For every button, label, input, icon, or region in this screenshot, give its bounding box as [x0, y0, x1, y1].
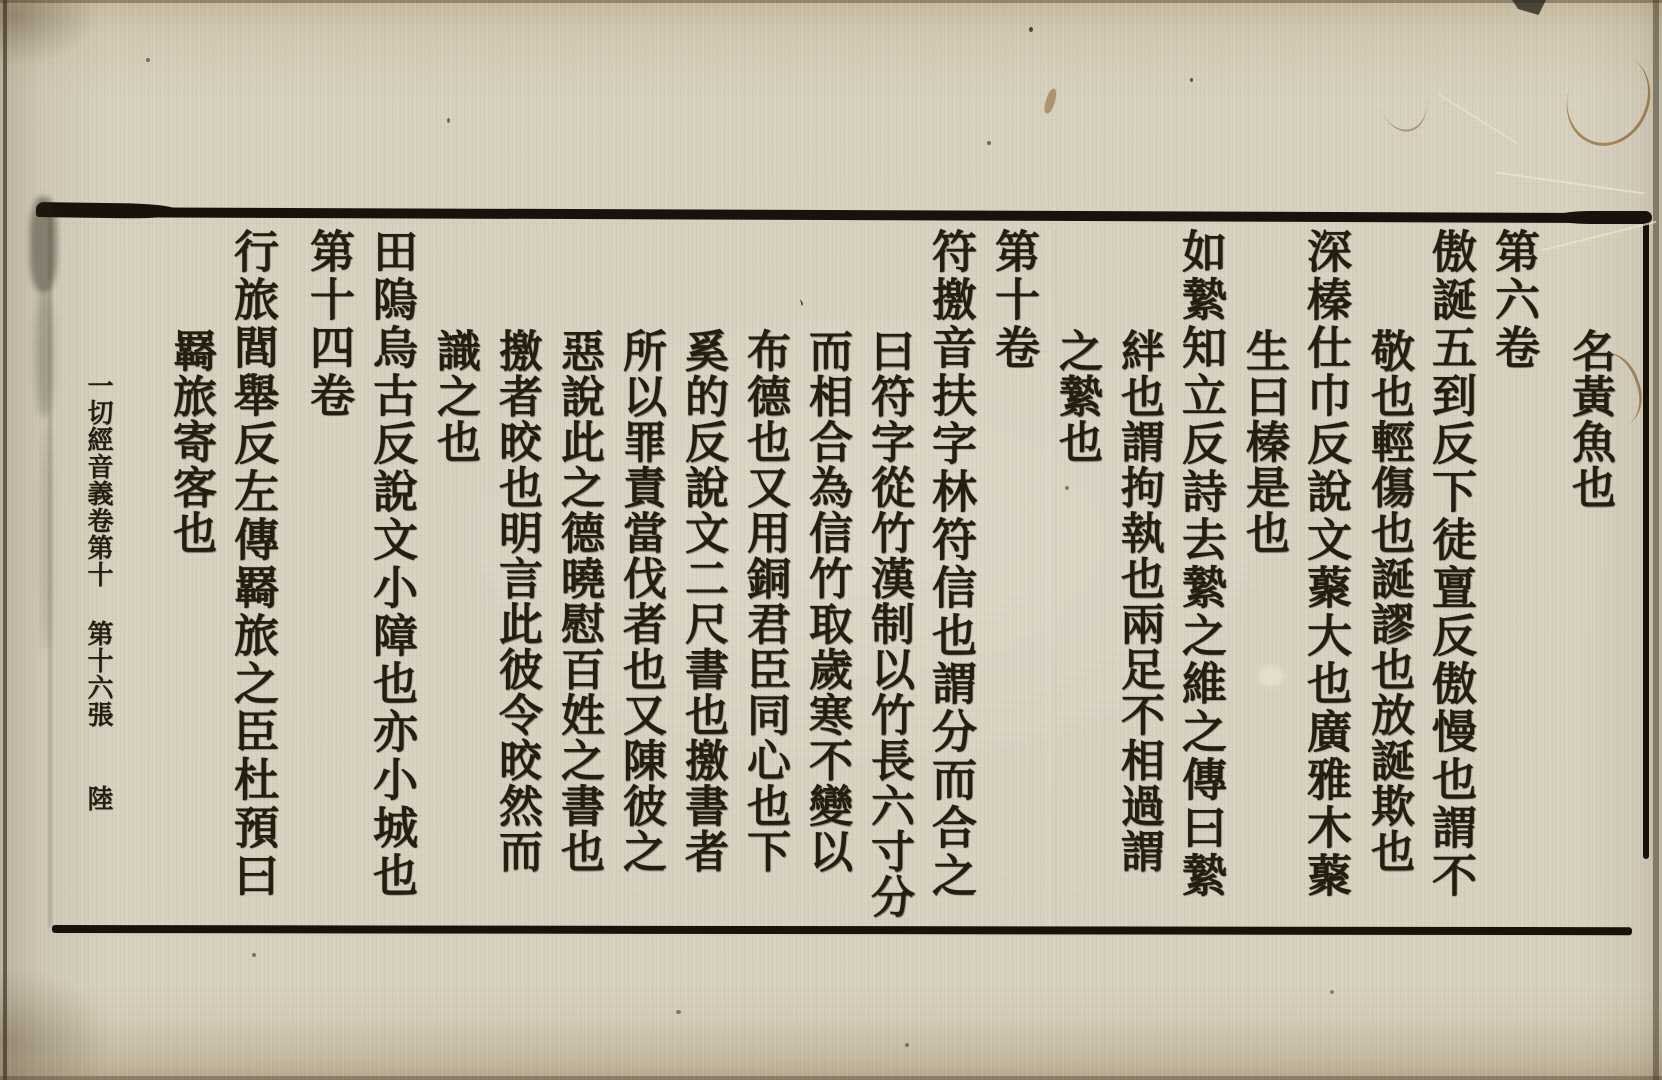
fiber-stain	[1552, 39, 1662, 159]
text-column: 布德也又用銅君臣同心也下	[733, 228, 795, 928]
column-text: 惡說此之德曉慰百姓之書也	[553, 328, 604, 874]
column-text: 生曰榛是也	[1238, 328, 1289, 556]
ink-speck	[905, 1043, 909, 1047]
ink-speck	[1330, 990, 1334, 994]
column-text: 深榛仕巾反說文藂大也廣雅木藂	[1299, 228, 1352, 900]
text-column: 所以罪責當伐者也又陳彼之	[609, 228, 671, 928]
ink-speck	[252, 953, 256, 957]
frame-border-left-smudge	[36, 288, 53, 418]
frame-border-right	[1643, 219, 1649, 859]
column-text: 而相合為信竹取歲寒不變以	[801, 328, 852, 874]
column-text: 第十四卷	[302, 228, 355, 420]
text-column: 符撽音扶字林符信也謂分而合之	[919, 228, 982, 928]
text-column: 敬也輕傷也誕謬也放誕欺也	[1357, 228, 1419, 928]
text-column: 之縶也	[1045, 228, 1107, 928]
frame-border-top	[36, 207, 1648, 223]
column-text: 第六卷	[1487, 228, 1540, 372]
sheet-number: 第十六張	[80, 620, 117, 728]
column-text: 敬也輕傷也誕謬也放誕欺也	[1363, 328, 1414, 874]
text-column: 田隖烏古反說文小障也亦小城也	[360, 228, 423, 928]
text-column: 生曰榛是也	[1232, 228, 1294, 928]
ink-speck	[1029, 27, 1033, 32]
ink-speck	[1190, 78, 1193, 82]
ink-speck	[447, 118, 450, 123]
text-column: 奚的反說文二尺書也撽書者	[671, 228, 733, 928]
column-text: 第十卷	[987, 228, 1040, 372]
page-edge-top	[0, 0, 1662, 3]
text-column: 而相合為信竹取歲寒不變以	[795, 228, 857, 928]
frame-border-top-right-blob	[1560, 211, 1652, 224]
column-text: 傲誕五到反下徒亶反傲慢也謂不	[1424, 228, 1477, 900]
paper-crease	[1496, 172, 1645, 195]
column-text: 田隖烏古反說文小障也亦小城也	[365, 228, 418, 900]
text-column: 絆也謂拘執也兩足不相過謂	[1107, 228, 1169, 928]
ink-stain	[1042, 87, 1059, 115]
text-column: 識之也	[423, 228, 485, 928]
paper-crease	[1438, 94, 1517, 144]
text-column: 傲誕五到反下徒亶反傲慢也謂不	[1419, 228, 1482, 928]
text-column: 如縶知立反詩去縶之維之傳曰縶	[1169, 228, 1232, 928]
text-block: 名黃魚也 第六卷 傲誕五到反下徒亶反傲慢也謂不 敬也輕傷也誕謬也放誕欺也 深榛仕…	[74, 228, 1620, 928]
ink-speck	[676, 1010, 681, 1014]
text-column: 第十卷	[982, 228, 1045, 928]
column-text: 行旅閭舉反左傳羇旅之臣杜預曰	[226, 228, 279, 900]
column-text: 符撽音扶字林符信也謂分而合之	[924, 228, 977, 900]
frame-border-top-left-blob	[36, 202, 176, 219]
text-column: 行旅閭舉反左傳羇旅之臣杜預曰	[221, 228, 297, 928]
column-text: 識之也	[429, 328, 480, 465]
column-text: 奚的反說文二尺書也撽書者	[677, 328, 728, 874]
column-text: 曰符字從竹漢制以竹長六寸分	[863, 328, 914, 920]
column-text: 如縶知立反詩去縶之維之傳曰縶	[1174, 228, 1227, 900]
page-edge-right	[1653, 0, 1659, 1080]
column-text: 所以罪責當伐者也又陳彼之	[615, 328, 666, 874]
manuscript-page: 名黃魚也 第六卷 傲誕五到反下徒亶反傲慢也謂不 敬也輕傷也誕謬也放誕欺也 深榛仕…	[0, 0, 1662, 1080]
frame-border-left	[48, 215, 52, 927]
unit-mark: 陸	[80, 785, 117, 812]
column-text: 名黃魚也	[1564, 328, 1615, 510]
page-edge-left	[3, 0, 7, 1080]
fiber-stain	[1373, 65, 1433, 137]
ink-speck	[146, 58, 150, 62]
column-text: 撽者晈也明言此彼令晈然而	[491, 328, 542, 874]
colophon-title: 一切經音義卷第十	[80, 372, 117, 588]
text-column: 曰符字從竹漢制以竹長六寸分	[857, 228, 919, 928]
corner-mark	[1512, 0, 1546, 15]
text-column: 撽者晈也明言此彼令晈然而	[485, 228, 547, 928]
text-column: 深榛仕巾反說文藂大也廣雅木藂	[1294, 228, 1357, 928]
ink-speck	[987, 141, 991, 145]
page-edge-bottom	[0, 1076, 1662, 1080]
colophon-column: 一切經音義卷第十 第十六張 陸	[80, 372, 117, 812]
frame-border-left-smudge	[41, 420, 52, 650]
text-column: 第十四卷	[297, 228, 360, 928]
column-text: 布德也又用銅君臣同心也下	[739, 328, 790, 874]
column-text: 羇旅寄客也	[165, 328, 216, 556]
text-column: 第六卷	[1482, 228, 1558, 928]
text-column: 名黃魚也	[1558, 228, 1620, 928]
text-column: 惡說此之德曉慰百姓之書也	[547, 228, 609, 928]
text-column: 羇旅寄客也	[159, 228, 221, 928]
column-text: 之縶也	[1051, 328, 1102, 465]
column-text: 絆也謂拘執也兩足不相過謂	[1113, 328, 1164, 874]
